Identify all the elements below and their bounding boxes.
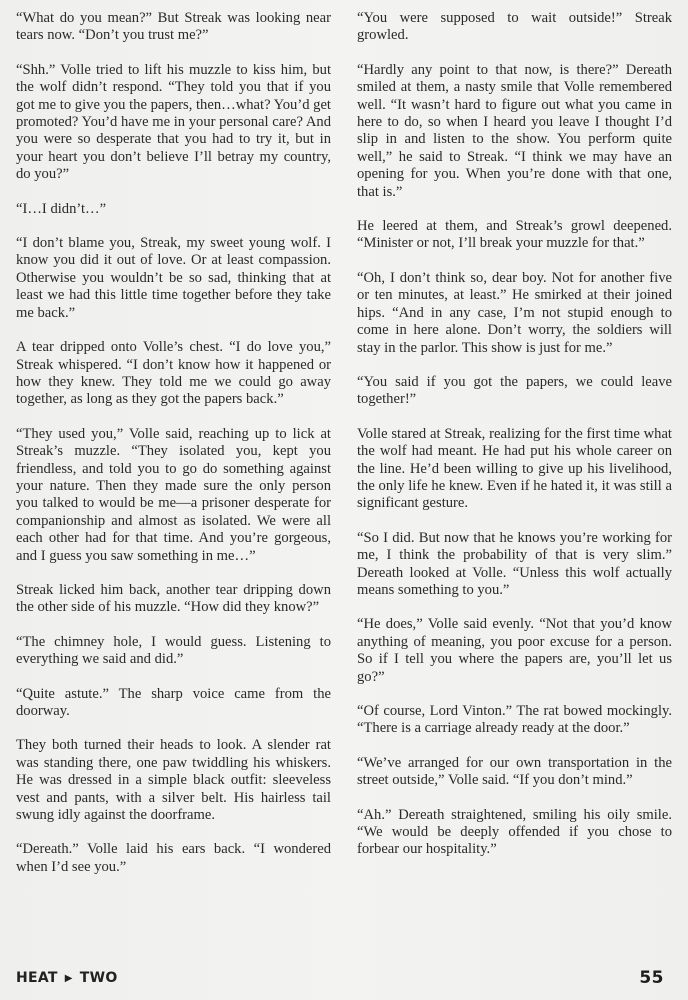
page-number: 55	[639, 968, 664, 988]
book-page: “What do you mean?” But Streak was looki…	[0, 0, 688, 1000]
paragraph: A tear dripped onto Volle’s chest. “I do…	[16, 339, 331, 409]
paragraph: “Dereath.” Volle laid his ears back. “I …	[16, 841, 331, 876]
paragraph: They both turned their heads to look. A …	[16, 737, 331, 824]
paragraph: “So I did. But now that he knows you’re …	[357, 530, 672, 600]
paragraph: Streak licked him back, another tear dri…	[16, 582, 331, 617]
paragraph: “He does,” Volle said evenly. “Not that …	[357, 616, 672, 686]
paragraph: “Ah.” Dereath straightened, smiling his …	[357, 807, 672, 859]
paragraph: “Oh, I don’t think so, dear boy. Not for…	[357, 270, 672, 357]
paragraph: “What do you mean?” But Streak was looki…	[16, 10, 331, 45]
book-title-part1: HEAT	[16, 970, 58, 986]
paragraph: “The chimney hole, I would guess. Listen…	[16, 634, 331, 669]
paragraph: “Of course, Lord Vinton.” The rat bowed …	[357, 703, 672, 738]
paragraph: “I don’t blame you, Streak, my sweet you…	[16, 235, 331, 322]
paragraph: “Quite astute.” The sharp voice came fro…	[16, 686, 331, 721]
book-title-part2: TWO	[80, 970, 118, 986]
paragraph: “Hardly any point to that now, is there?…	[357, 62, 672, 201]
right-text-column: “You were supposed to wait outside!” Str…	[357, 10, 672, 876]
paragraph: “I…I didn’t…”	[16, 201, 331, 218]
paragraph: He leered at them, and Streak’s growl de…	[357, 218, 672, 253]
paragraph: “We’ve arranged for our own transportati…	[357, 755, 672, 790]
running-footer-title: HEAT ▶ TWO	[16, 970, 118, 986]
paragraph: “You were supposed to wait outside!” Str…	[357, 10, 672, 45]
paragraph: “You said if you got the papers, we coul…	[357, 374, 672, 409]
paragraph: “Shh.” Volle tried to lift his muzzle to…	[16, 62, 331, 184]
left-text-column: “What do you mean?” But Streak was looki…	[16, 10, 331, 893]
right-arrow-icon: ▶	[65, 973, 73, 984]
paragraph: “They used you,” Volle said, reaching up…	[16, 426, 331, 565]
paragraph: Volle stared at Streak, realizing for th…	[357, 426, 672, 513]
